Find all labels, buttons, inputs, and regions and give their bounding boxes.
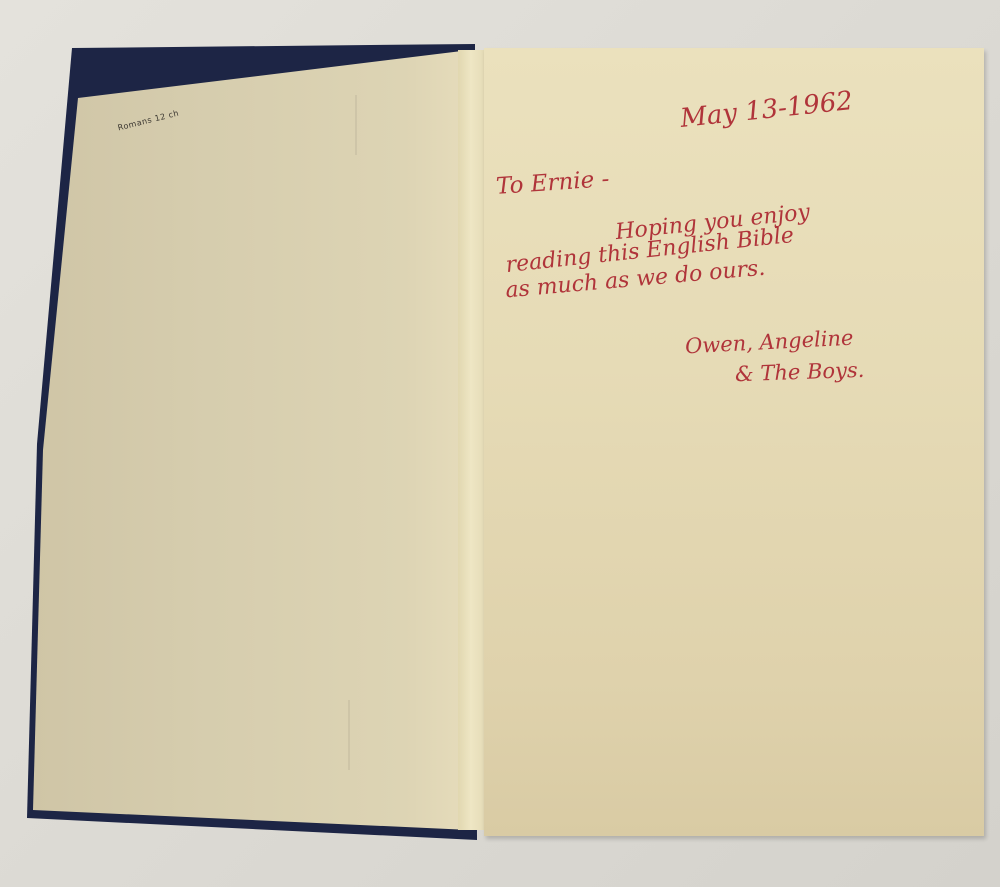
inscription-signature: & The Boys. <box>735 358 865 387</box>
inside-front-cover-endpaper <box>33 50 470 830</box>
endpaper-crease <box>348 700 350 770</box>
photo-scene: Romans 12 ch May 13-1962 To Ernie - Hopi… <box>0 0 1000 887</box>
flyleaf-page <box>484 48 984 836</box>
endpaper-crease <box>355 95 357 155</box>
